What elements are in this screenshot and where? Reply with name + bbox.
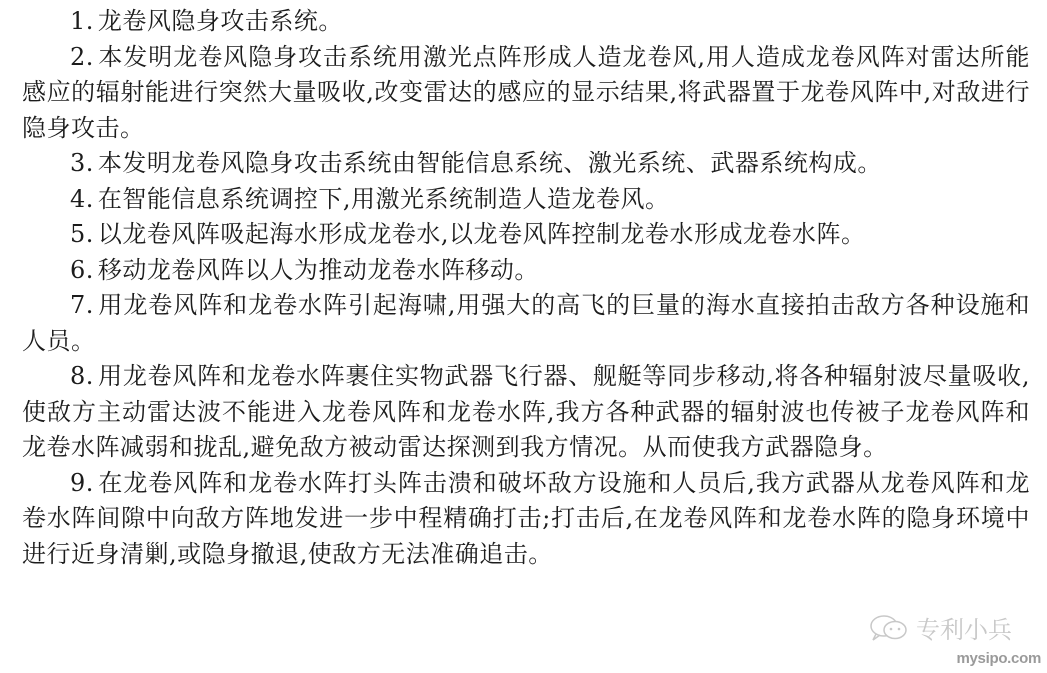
item-number: 4. — [70, 185, 94, 213]
list-item: 6.移动龙卷风阵以人为推动龙卷水阵移动。 — [22, 253, 1030, 289]
item-text: 龙卷风隐身攻击系统。 — [98, 7, 343, 35]
list-item: 7.用龙卷风阵和龙卷水阵引起海啸,用强大的高飞的巨量的海水直接拍击敌方各种设施和… — [22, 288, 1030, 359]
item-number: 9. — [70, 469, 94, 497]
item-text: 在智能信息系统调控下,用激光系统制造人造龙卷风。 — [98, 185, 670, 213]
item-number: 5. — [70, 220, 94, 248]
site-watermark: mysipo.com — [956, 650, 1041, 667]
watermark-label: 专利小兵 — [916, 610, 1012, 645]
list-item: 9.在龙卷风阵和龙卷水阵打头阵击溃和破坏敌方设施和人员后,我方武器从龙卷风阵和龙… — [22, 466, 1030, 573]
item-number: 3. — [70, 149, 94, 177]
list-item: 3.本发明龙卷风隐身攻击系统由智能信息系统、激光系统、武器系统构成。 — [22, 146, 1030, 182]
item-number: 6. — [70, 256, 94, 284]
document-body: 1.龙卷风隐身攻击系统。 2.本发明龙卷风隐身攻击系统用激光点阵形成人造龙卷风,… — [22, 4, 1030, 572]
wechat-icon — [868, 614, 910, 642]
list-item: 8.用龙卷风阵和龙卷水阵裹住实物武器飞行器、舰艇等同步移动,将各种辐射波尽量吸收… — [22, 359, 1030, 466]
list-item: 2.本发明龙卷风隐身攻击系统用激光点阵形成人造龙卷风,用人造成龙卷风阵对雷达所能… — [22, 40, 1030, 147]
item-text: 移动龙卷风阵以人为推动龙卷水阵移动。 — [98, 256, 539, 284]
item-number: 8. — [70, 362, 94, 390]
list-item: 5.以龙卷风阵吸起海水形成龙卷水,以龙卷风阵控制龙卷水形成龙卷水阵。 — [22, 217, 1030, 253]
item-text: 以龙卷风阵吸起海水形成龙卷水,以龙卷风阵控制龙卷水形成龙卷水阵。 — [98, 220, 866, 248]
item-text: 用龙卷风阵和龙卷水阵裹住实物武器飞行器、舰艇等同步移动,将各种辐射波尽量吸收,使… — [22, 362, 1030, 461]
item-number: 7. — [70, 291, 94, 319]
item-text: 本发明龙卷风隐身攻击系统用激光点阵形成人造龙卷风,用人造成龙卷风阵对雷达所能感应… — [22, 43, 1030, 142]
watermark: 专利小兵 — [868, 610, 1012, 645]
item-number: 2. — [70, 43, 94, 71]
item-text: 在龙卷风阵和龙卷水阵打头阵击溃和破坏敌方设施和人员后,我方武器从龙卷风阵和龙卷水… — [22, 469, 1030, 568]
list-item: 1.龙卷风隐身攻击系统。 — [22, 4, 1030, 40]
item-number: 1. — [70, 7, 94, 35]
item-text: 本发明龙卷风隐身攻击系统由智能信息系统、激光系统、武器系统构成。 — [98, 149, 882, 177]
list-item: 4.在智能信息系统调控下,用激光系统制造人造龙卷风。 — [22, 182, 1030, 218]
item-text: 用龙卷风阵和龙卷水阵引起海啸,用强大的高飞的巨量的海水直接拍击敌方各种设施和人员… — [22, 291, 1030, 355]
